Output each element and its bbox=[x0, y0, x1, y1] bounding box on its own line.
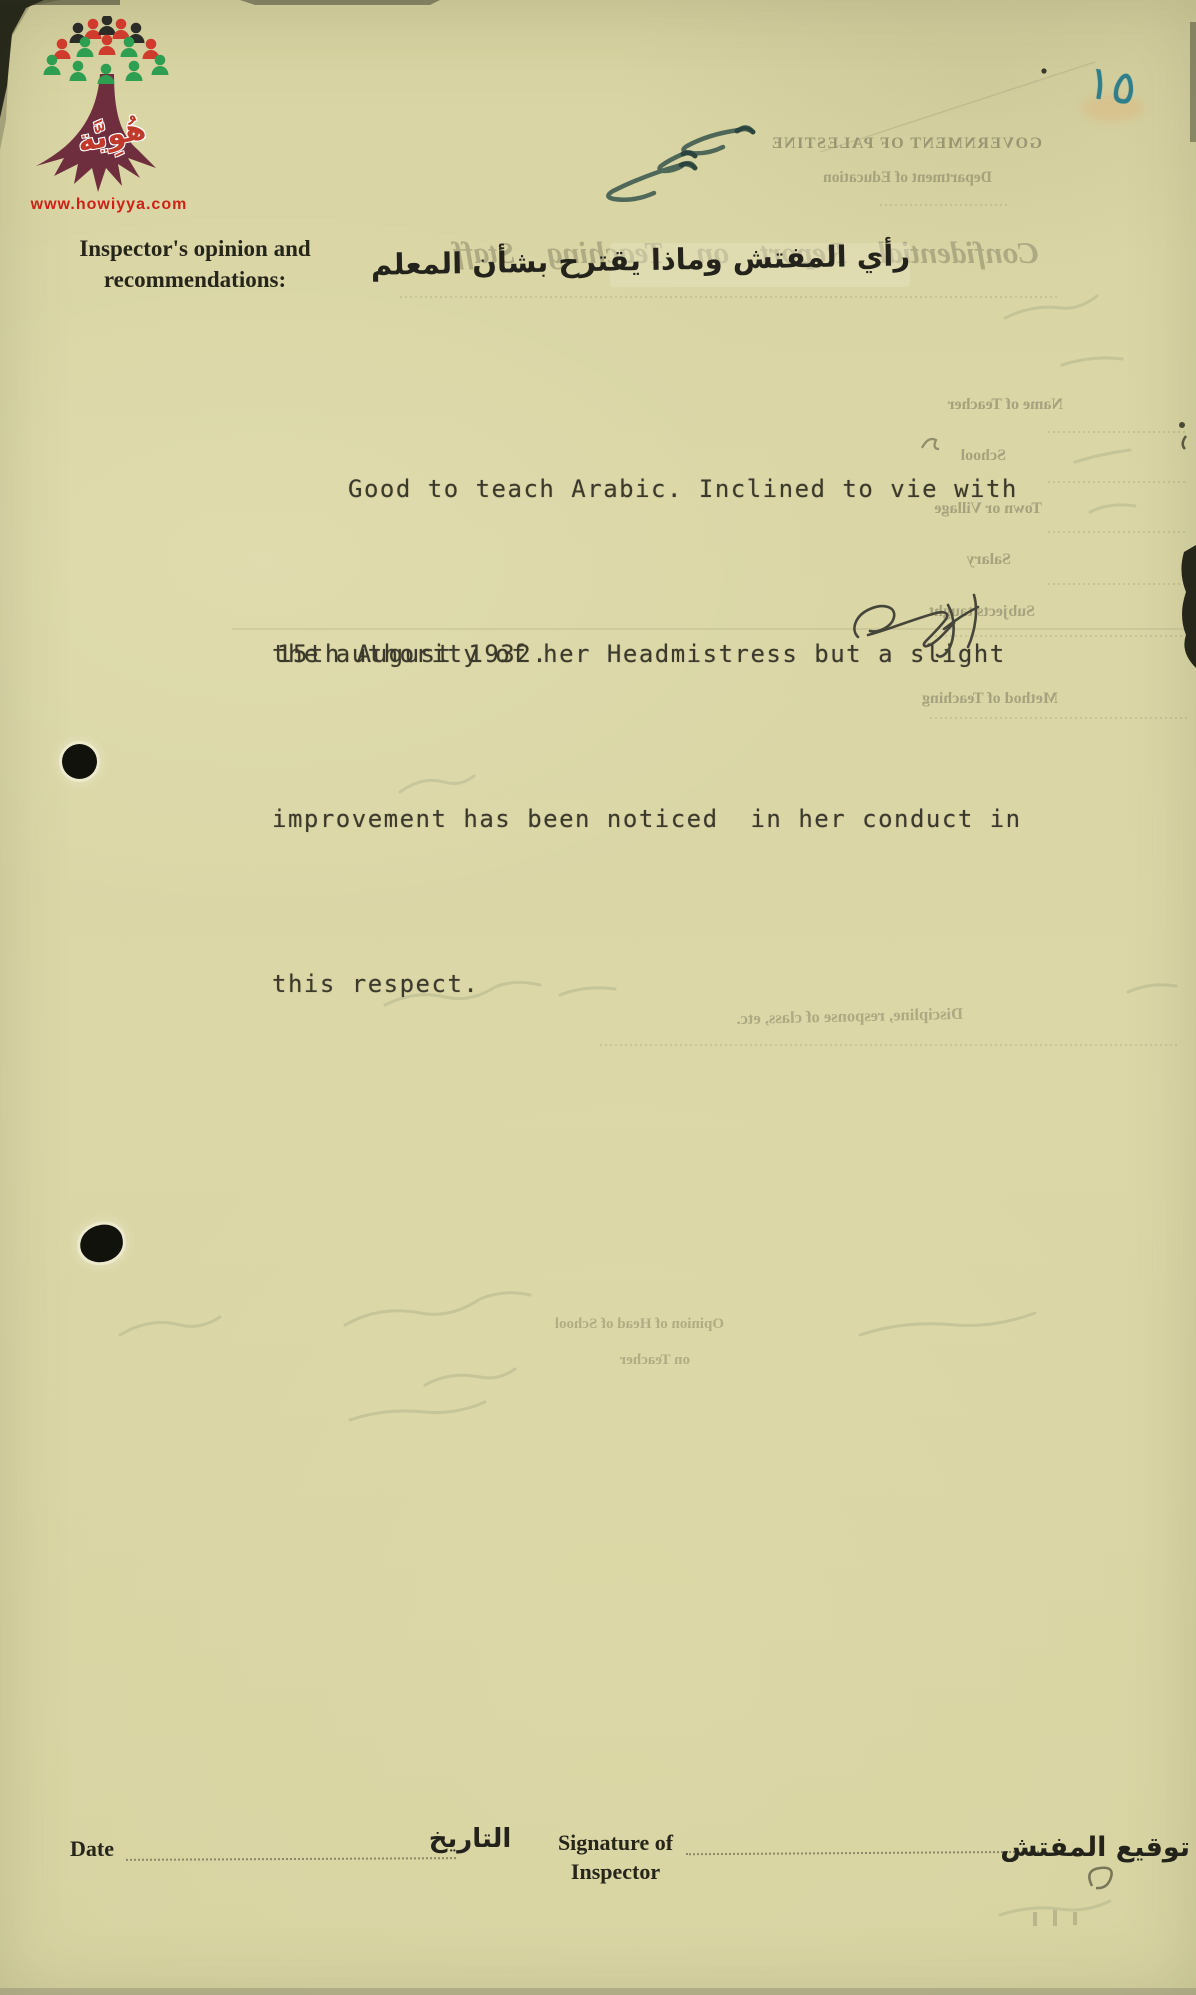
typed-date: 15th August 1932. bbox=[277, 640, 548, 668]
footer-signature-label-arabic: توقيع المفتش bbox=[1030, 1832, 1190, 1863]
typed-line: this respect. bbox=[272, 957, 1072, 1012]
howiyya-logo bbox=[30, 16, 180, 206]
hole-punch-top bbox=[62, 744, 97, 779]
footer-date-label-arabic: التاريخ bbox=[420, 1824, 520, 1854]
scanned-document-page: GOVERNMENT OF PALESTINE Department of Ed… bbox=[0, 0, 1196, 1995]
footer-signature-label: Signature of Inspector bbox=[548, 1828, 683, 1886]
typed-remarks: Good to teach Arabic. Inclined to vie wi… bbox=[272, 352, 1072, 1122]
footer-date-label: Date bbox=[70, 1836, 114, 1862]
handwritten-note-marks bbox=[575, 118, 795, 213]
footer-signature-label-line1: Signature of bbox=[548, 1828, 683, 1857]
inspector-opinion-label-line2: recommendations: bbox=[55, 264, 335, 295]
footer-signature-label-line2: Inspector bbox=[548, 1857, 683, 1886]
typed-line: Good to teach Arabic. Inclined to vie wi… bbox=[272, 462, 1072, 517]
inspector-opinion-label-line1: Inspector's opinion and bbox=[55, 233, 335, 264]
typed-line: improvement has been noticed in her cond… bbox=[272, 792, 1072, 847]
howiyya-watermark-url: www.howiyya.com bbox=[14, 196, 204, 214]
inspector-signature-handwriting bbox=[840, 585, 1010, 670]
inspector-opinion-label: Inspector's opinion and recommendations: bbox=[55, 233, 335, 295]
